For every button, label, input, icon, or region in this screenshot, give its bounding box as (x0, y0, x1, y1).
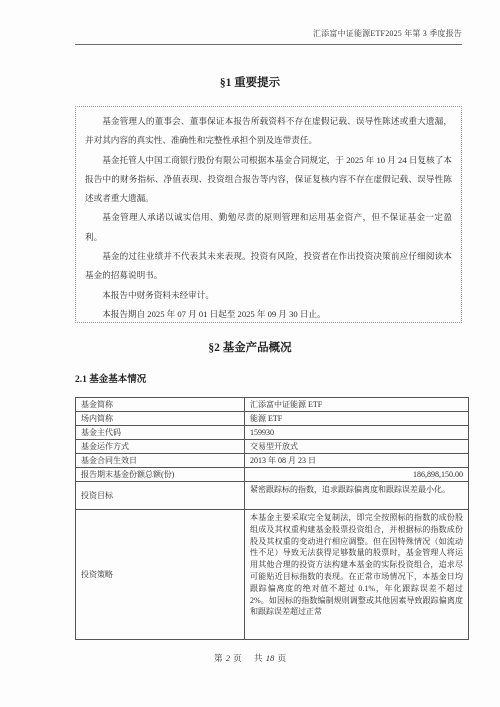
row-value: 159930 (245, 426, 469, 440)
row-label: 场内简称 (76, 412, 245, 426)
footer-page-prefix: 第 (214, 653, 223, 663)
table-row: 场内简称 能源 ETF (76, 412, 469, 426)
row-value: 交易型开放式 (245, 440, 469, 454)
row-value: 2013 年 08 月 23 日 (245, 454, 469, 468)
table-row: 报告期末基金份额总额(份) 186,898,150.00 (76, 468, 469, 482)
row-value: 能源 ETF (245, 412, 469, 426)
footer-total-prefix: 共 (254, 653, 263, 663)
notice-paragraph: 本报告中财务资料未经审计。 (85, 286, 452, 305)
row-label: 基金主代码 (76, 426, 245, 440)
row-value: 汇添富中证能源 ETF (245, 398, 469, 412)
notice-paragraph: 本报告期自 2025 年 07 月 01 日起至 2025 年 09 月 30 … (85, 305, 452, 324)
row-value: 186,898,150.00 (245, 468, 469, 482)
footer-page-number: 2 (225, 653, 231, 663)
footer-total-unit: 页 (277, 653, 286, 663)
table-row: 投资策略 本基金主要采取完全复制法，即完全按照标的指数的成份股组成及其权重构建基… (76, 510, 469, 640)
row-label: 基金合同生效日 (76, 454, 245, 468)
notice-paragraph: 基金管理人承诺以诚实信用、勤勉尽责的原则管理和运用基金资产，但不保证基金一定盈利… (85, 208, 452, 247)
row-label: 基金简称 (76, 398, 245, 412)
footer-page-unit: 页 (233, 653, 242, 663)
section2-title: §2 基金产品概况 (0, 339, 500, 355)
row-label: 报告期末基金份额总额(份) (76, 468, 245, 482)
table-row: 基金运作方式 交易型开放式 (76, 440, 469, 454)
footer-total-number: 18 (265, 653, 276, 663)
row-label: 投资目标 (76, 482, 245, 510)
notice-paragraph: 基金的过往业绩并不代表其未来表现。投资有风险，投资者在作出投资决策前应仔细阅读本… (85, 247, 452, 286)
table-row: 基金主代码 159930 (76, 426, 469, 440)
table-row: 基金合同生效日 2013 年 08 月 23 日 (76, 454, 469, 468)
notice-paragraph: 基金管理人的董事会、董事保证本报告所载资料不存在虚假记载、误导性陈述或重大遗漏，… (85, 112, 452, 151)
notice-paragraph: 基金托管人中国工商银行股份有限公司根据本基金合同规定，于 2025 年 10 月… (85, 151, 452, 209)
running-header: 汇添富中证能源ETF2025 年第 3 季度报告 (75, 28, 462, 39)
important-notice-box: 基金管理人的董事会、董事保证本报告所载资料不存在虚假记载、误导性陈述或重大遗漏，… (75, 106, 462, 323)
table-row: 投资目标 紧密跟踪标的指数，追求跟踪偏离度和跟踪误差最小化。 (76, 482, 469, 510)
subsection-title: 2.1 基金基本情况 (75, 371, 146, 385)
fund-basic-info-table: 基金简称 汇添富中证能源 ETF 场内简称 能源 ETF 基金主代码 15993… (75, 397, 469, 640)
row-label: 基金运作方式 (76, 440, 245, 454)
row-value: 紧密跟踪标的指数，追求跟踪偏离度和跟踪误差最小化。 (245, 482, 469, 510)
row-label: 投资策略 (76, 510, 245, 640)
table-row: 基金简称 汇添富中证能源 ETF (76, 398, 469, 412)
header-rule (75, 44, 462, 45)
report-page: 汇添富中证能源ETF2025 年第 3 季度报告 §1 重要提示 基金管理人的董… (0, 0, 500, 707)
page-footer: 第 2 页 共 18 页 (0, 652, 500, 664)
section1-title: §1 重要提示 (0, 74, 500, 90)
row-value: 本基金主要采取完全复制法，即完全按照标的指数的成份股组成及其权重构建基金股票投资… (245, 510, 469, 640)
